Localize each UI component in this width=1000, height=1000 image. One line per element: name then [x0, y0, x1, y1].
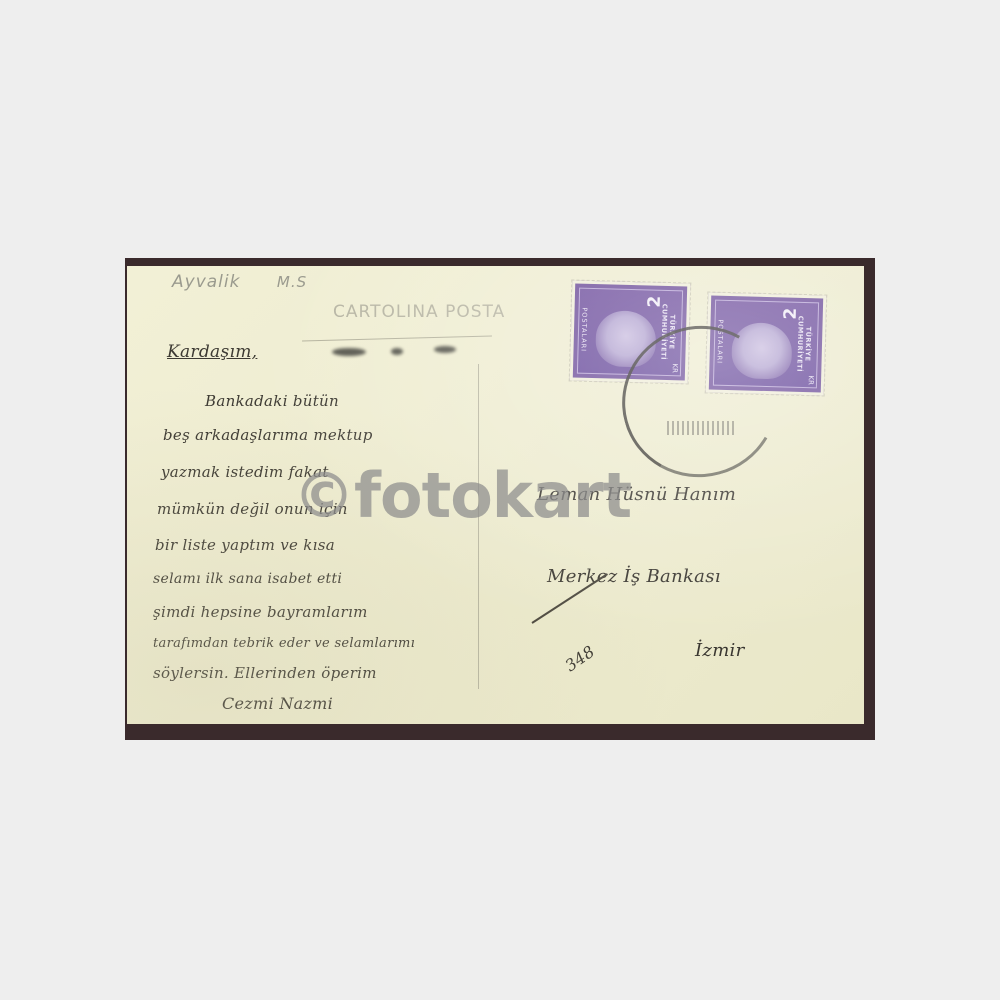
- message-line: beş arkadaşlarıma mektup: [163, 426, 373, 444]
- message-line: tarafımdan tebrik eder ve selamlarımı: [153, 636, 415, 651]
- stamp-unit: KR: [806, 375, 814, 385]
- printed-header: CARTOLINA POSTA: [333, 302, 505, 322]
- pencil-code: M.S: [277, 273, 307, 291]
- message-line: selamı ilk sana isabet etti: [153, 571, 342, 587]
- message-line: söylersin. Ellerinden öperim: [153, 664, 377, 682]
- stamp-country: TÜRKİYE CUMHURİYETİ: [795, 304, 813, 384]
- pencil-place: Ayvalik: [172, 272, 240, 292]
- address-note: 348: [562, 642, 599, 676]
- postmark-dots: [667, 421, 737, 435]
- pencil-annotation: Ayvalik M.S: [172, 272, 307, 292]
- watermark: ©fotokart: [293, 465, 631, 527]
- message-line: şimdi hepsine bayramlarım: [153, 603, 368, 621]
- address-city: İzmir: [695, 640, 745, 661]
- rule-line: [302, 336, 492, 342]
- greeting: Kardaşım,: [167, 342, 257, 362]
- ink-smudge: [391, 348, 403, 355]
- signature: Cezmi Nazmi: [222, 694, 333, 713]
- message-line: Bankadaki bütün: [205, 392, 339, 410]
- address-line2: Merkez İş Bankası: [547, 566, 721, 587]
- ink-smudge: [434, 346, 456, 353]
- ink-smudge: [332, 348, 366, 356]
- message-line: bir liste yaptım ve kısa: [155, 536, 335, 554]
